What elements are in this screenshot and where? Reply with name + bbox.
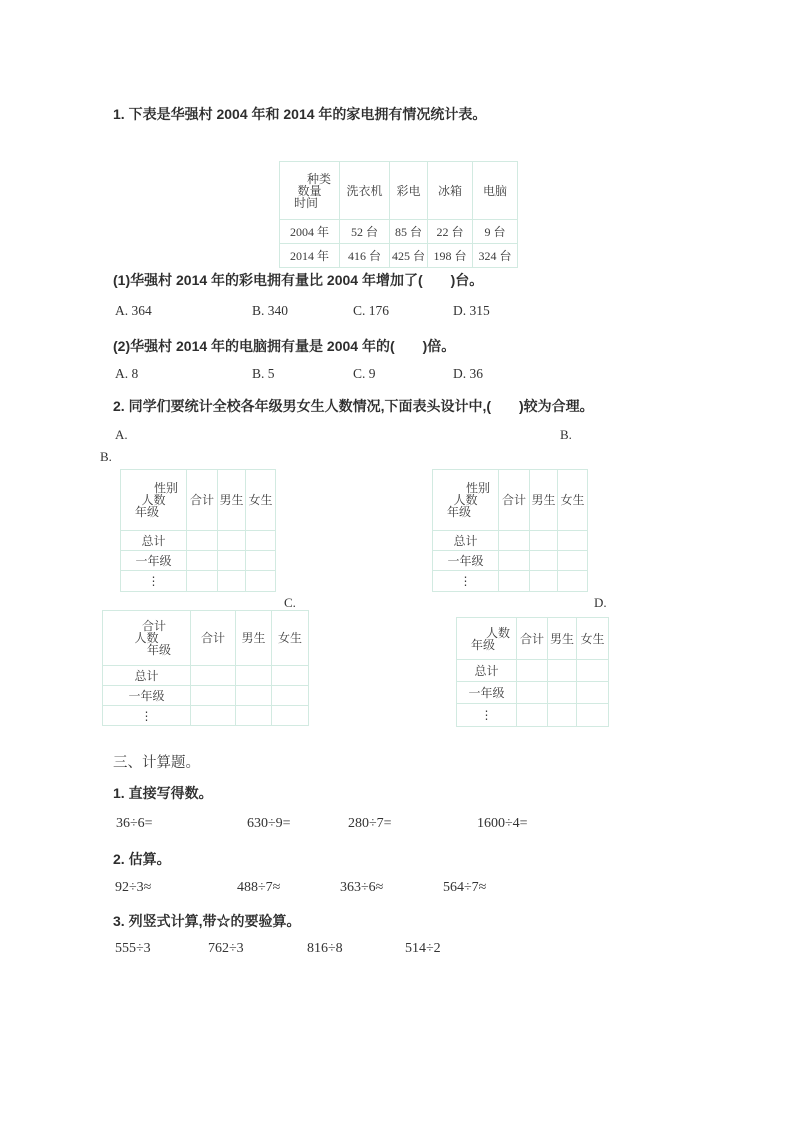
problem: 564÷7≈ (443, 880, 486, 896)
problem: 816÷8 (307, 941, 343, 957)
option-d: D. 315 (453, 303, 490, 319)
row-label: 一年级 (121, 551, 187, 571)
column-header: 女生 (246, 470, 276, 531)
question1-sub2: (2)华强村 2014 年的电脑拥有量是 2004 年的( )倍。 (113, 337, 455, 356)
problem: 514÷2 (405, 941, 441, 957)
option-b: B. 340 (252, 303, 288, 319)
problem: 488÷7≈ (237, 880, 280, 896)
option-b: B. 5 (252, 366, 275, 382)
problem: 762÷3 (208, 941, 244, 957)
table-row: ⋮ (103, 706, 309, 726)
choice-label-b-right: B. (560, 427, 572, 443)
corner-line-grade: 年级 (461, 639, 512, 651)
section3-heading: 三、计算题。 (113, 751, 200, 772)
column-header: 彩电 (390, 162, 428, 220)
problem: 1600÷4= (477, 816, 528, 832)
header-design-table-a: 性别 人数 年级 合计 男生 女生 总计 一年级 ⋮ (120, 469, 276, 592)
question1-title: 1. 下表是华强村 2004 年和 2014 年的家电拥有情况统计表。 (113, 105, 486, 124)
row-label: 一年级 (457, 682, 517, 704)
row-label-ellipsis: ⋮ (103, 706, 191, 726)
column-header: 合计 (499, 470, 530, 531)
column-header: 合计 (191, 611, 236, 666)
column-header: 冰箱 (428, 162, 473, 220)
problem: 36÷6= (116, 816, 153, 832)
row-label: 总计 (103, 666, 191, 686)
problem: 630÷9= (247, 816, 291, 832)
problem: 555÷3 (115, 941, 151, 957)
corner-line-kind: 种类 (286, 173, 333, 185)
worksheet-page: 1. 下表是华强村 2004 年和 2014 年的家电拥有情况统计表。 种类 数… (0, 0, 793, 1122)
table-c-corner: 合计 人数 年级 (103, 611, 191, 666)
corner-line-count: 人数 (461, 627, 512, 639)
table-row: 总计 (103, 666, 309, 686)
column-header: 电脑 (473, 162, 518, 220)
row-label: 2014 年 (280, 244, 340, 268)
column-header: 合计 (187, 470, 218, 531)
problem: 92÷3≈ (115, 880, 151, 896)
row-label: 一年级 (433, 551, 499, 571)
choice-label-a: A. (115, 427, 128, 443)
table-cell: 324 台 (473, 244, 518, 268)
section3-part1-title: 1. 直接写得数。 (113, 784, 213, 803)
table-row: ⋮ (457, 704, 609, 727)
table-row: 一年级 (121, 551, 276, 571)
table-row: 总计 (433, 531, 588, 551)
column-header: 男生 (236, 611, 272, 666)
row-label: 2004 年 (280, 220, 340, 244)
corner-line-quantity: 数量 (286, 185, 333, 197)
row-label-ellipsis: ⋮ (457, 704, 517, 727)
appliance-table: 种类 数量 时间 洗衣机 彩电 冰箱 电脑 2004 年 52 台 85 台 2… (279, 161, 518, 268)
row-label-ellipsis: ⋮ (121, 571, 187, 592)
column-header: 男生 (548, 618, 577, 660)
table-cell: 9 台 (473, 220, 518, 244)
row-label: 总计 (457, 660, 517, 682)
table-a-corner: 性别 人数 年级 (121, 470, 187, 531)
column-header: 男生 (530, 470, 558, 531)
column-header: 男生 (218, 470, 246, 531)
table-row: ⋮ (121, 571, 276, 592)
table-row: 一年级 (457, 682, 609, 704)
corner-line-grade: 年级 (439, 506, 492, 518)
table-cell: 416 台 (340, 244, 390, 268)
question2-title: 2. 同学们要统计全校各年级男女生人数情况,下面表头设计中,( )较为合理。 (113, 397, 594, 416)
section3-part2-title: 2. 估算。 (113, 850, 171, 869)
table-cell: 198 台 (428, 244, 473, 268)
table-cell: 52 台 (340, 220, 390, 244)
problem: 280÷7= (348, 816, 392, 832)
header-design-table-d: 人数 年级 合计 男生 女生 总计 一年级 ⋮ (456, 617, 609, 727)
problem: 363÷6≈ (340, 880, 383, 896)
table-cell: 85 台 (390, 220, 428, 244)
choice-label-b-left: B. (100, 449, 112, 465)
option-c: C. 176 (353, 303, 389, 319)
table-cell: 22 台 (428, 220, 473, 244)
table-row: 2014 年 416 台 425 台 198 台 324 台 (280, 244, 518, 268)
corner-line-grade: 年级 (127, 506, 180, 518)
appliance-table-corner: 种类 数量 时间 (280, 162, 340, 220)
header-design-table-b: 性别 人数 年级 合计 男生 女生 总计 一年级 ⋮ (432, 469, 588, 592)
table-row: 总计 (457, 660, 609, 682)
row-label: 总计 (121, 531, 187, 551)
corner-line-grade: 年级 (109, 644, 184, 656)
table-row: 一年级 (103, 686, 309, 706)
column-header: 洗衣机 (340, 162, 390, 220)
corner-line-time: 时间 (286, 197, 333, 209)
table-row: 总计 (121, 531, 276, 551)
column-header: 合计 (517, 618, 548, 660)
choice-label-d: D. (594, 595, 607, 611)
column-header: 女生 (577, 618, 609, 660)
question1-sub1: (1)华强村 2014 年的彩电拥有量比 2004 年增加了( )台。 (113, 271, 483, 290)
header-design-table-c: 合计 人数 年级 合计 男生 女生 总计 一年级 ⋮ (102, 610, 309, 726)
column-header: 女生 (272, 611, 309, 666)
table-cell: 425 台 (390, 244, 428, 268)
table-row: ⋮ (433, 571, 588, 592)
option-d: D. 36 (453, 366, 483, 382)
choice-label-c: C. (284, 595, 296, 611)
table-row: 一年级 (433, 551, 588, 571)
row-label: 总计 (433, 531, 499, 551)
table-d-corner: 人数 年级 (457, 618, 517, 660)
table-b-corner: 性别 人数 年级 (433, 470, 499, 531)
row-label-ellipsis: ⋮ (433, 571, 499, 592)
section3-part3-title: 3. 列竖式计算,带☆的要验算。 (113, 912, 300, 931)
column-header: 女生 (558, 470, 588, 531)
option-a: A. 364 (115, 303, 152, 319)
option-a: A. 8 (115, 366, 138, 382)
option-c: C. 9 (353, 366, 376, 382)
row-label: 一年级 (103, 686, 191, 706)
table-row: 2004 年 52 台 85 台 22 台 9 台 (280, 220, 518, 244)
